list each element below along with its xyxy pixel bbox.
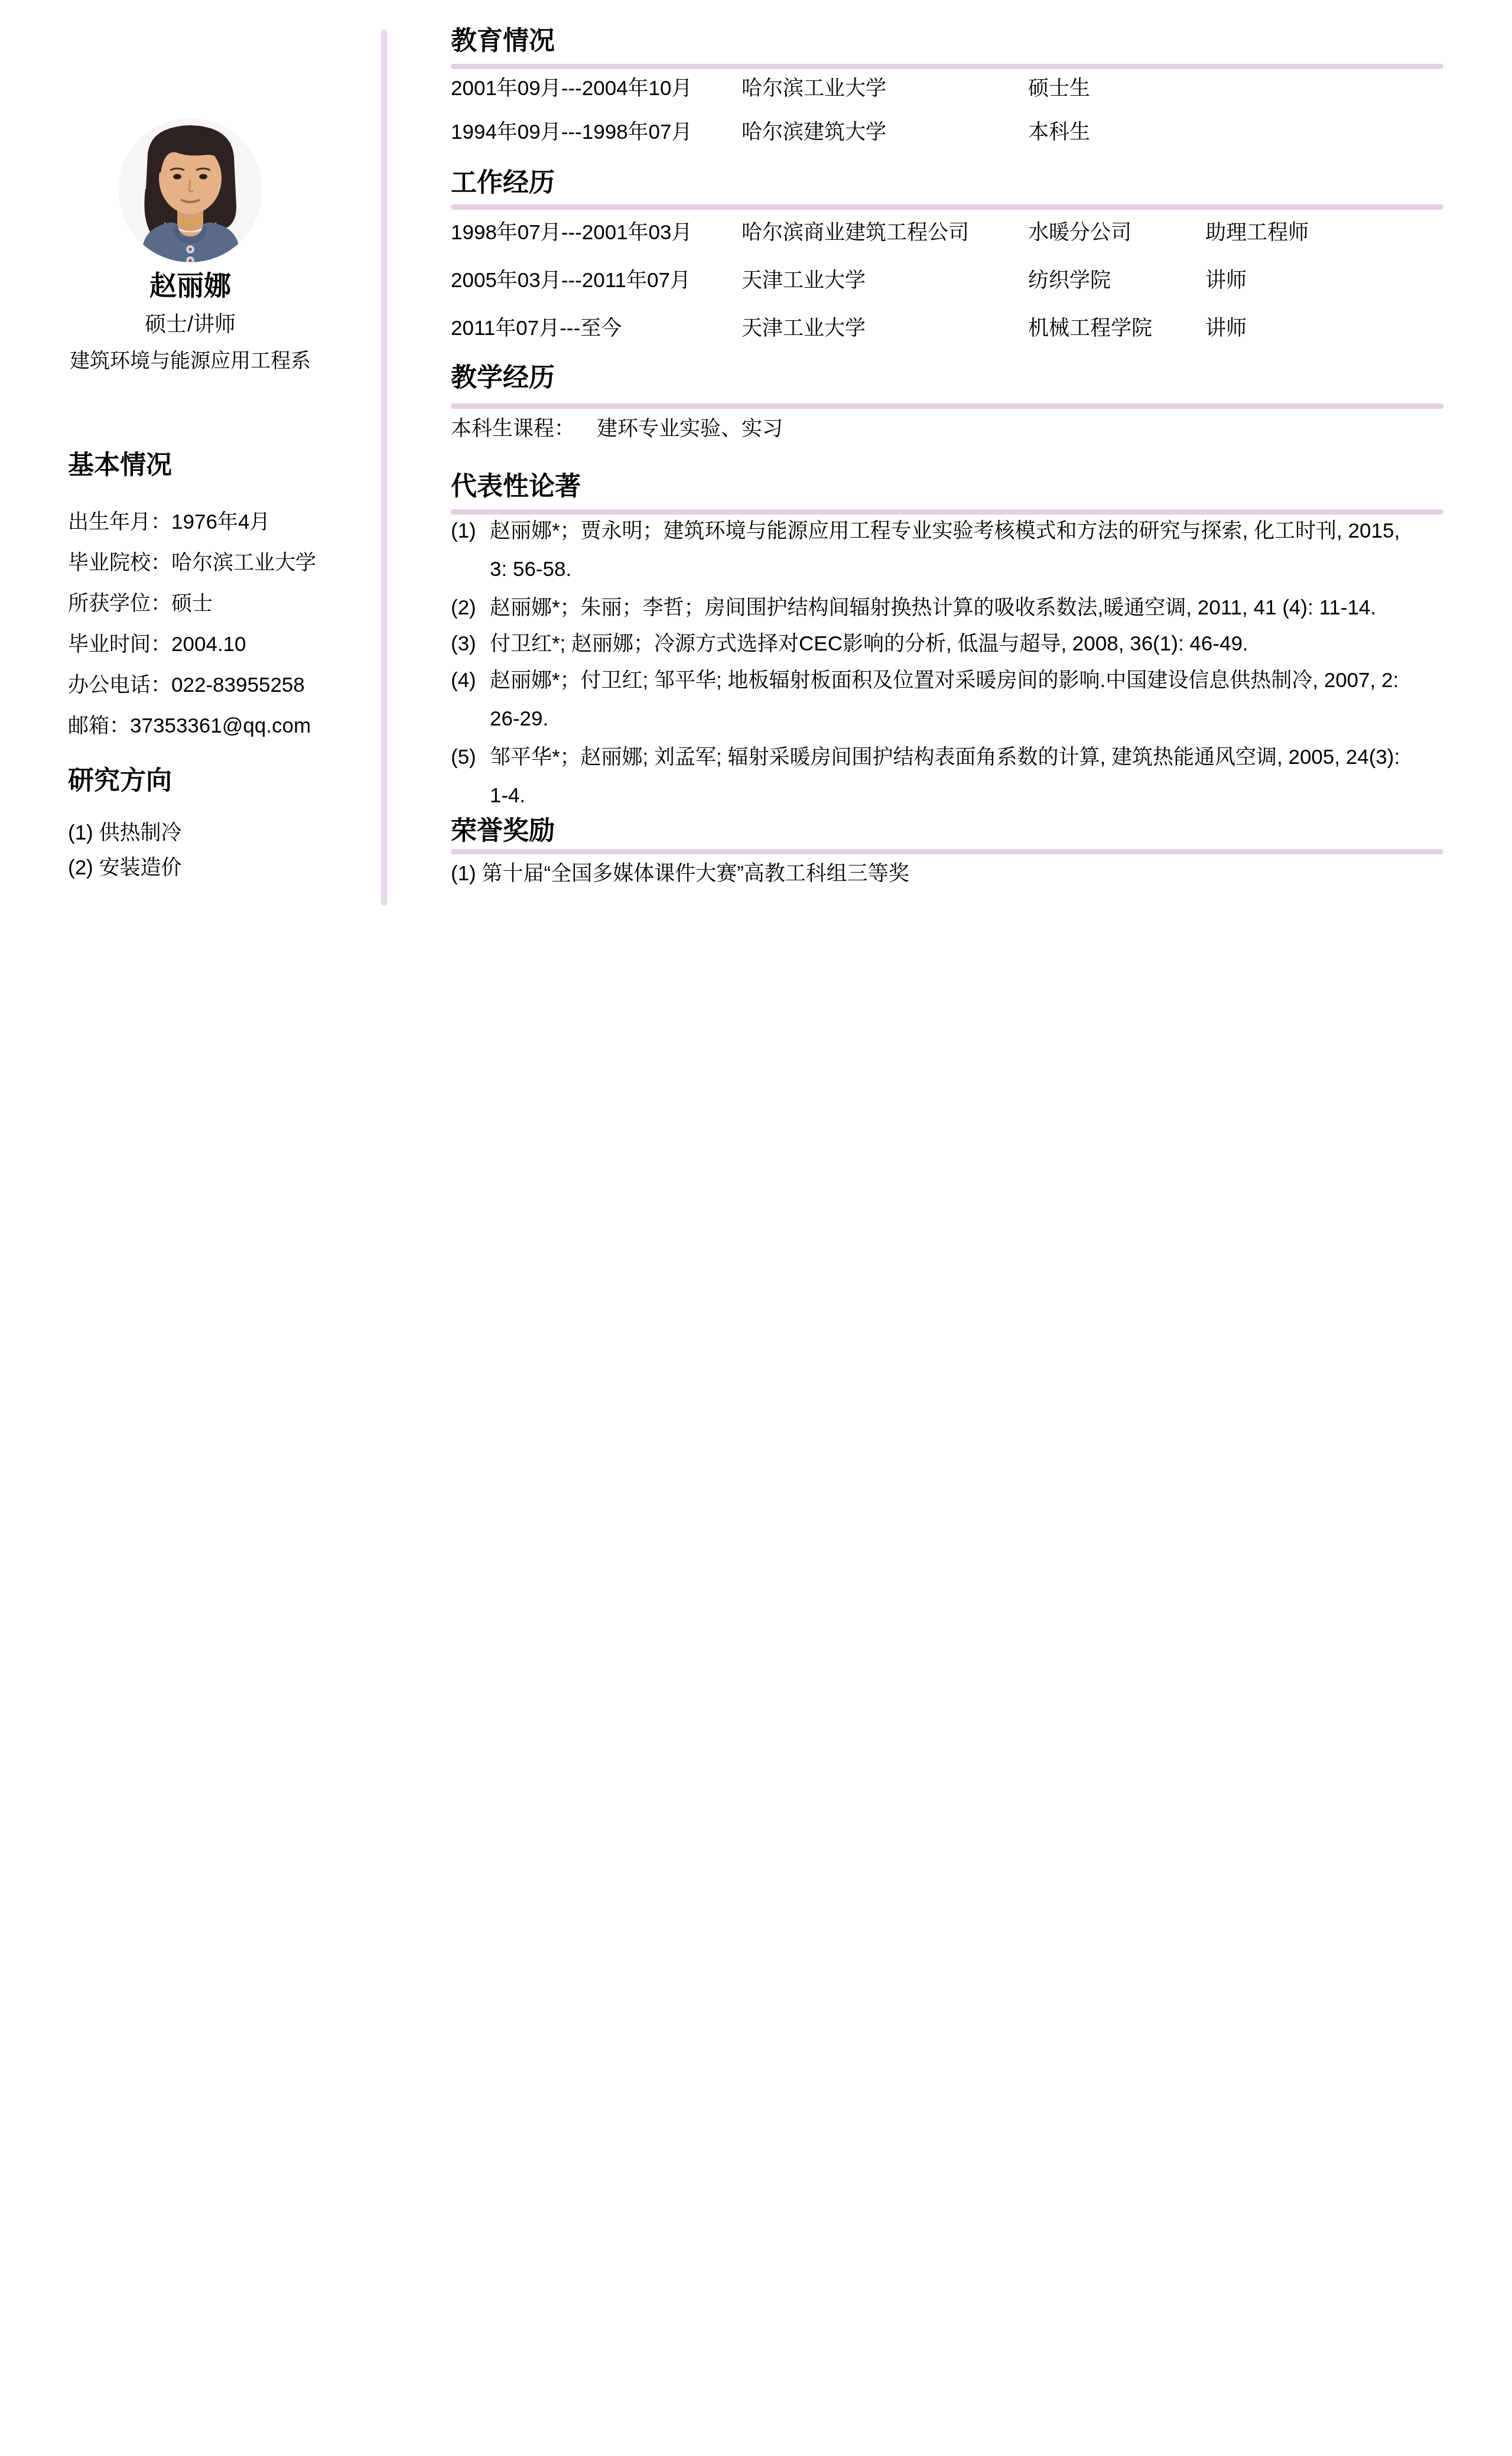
publication-line: 赵丽娜*；贾永明；建筑环境与能源应用工程专业实验考核模式和方法的研究与探索, 化…: [490, 521, 1400, 541]
honors-underline: [451, 849, 1443, 854]
publication-item: (2) 赵丽娜*；朱丽；李哲；房间围护结构间辐射换热计算的吸收系数法,暖通空调,…: [451, 597, 1376, 618]
teaching-heading: 教学经历: [451, 365, 555, 391]
research-item-num: (2): [68, 856, 93, 879]
work-org: 哈尔滨商业建筑工程公司: [742, 222, 969, 243]
publication-line: 赵丽娜*；付卫红; 邹平华; 地板辐射板面积及位置对采暖房间的影响.中国建设信息…: [490, 670, 1399, 691]
edu-role: 硕士生: [1028, 78, 1090, 99]
work-title: 讲师: [1205, 270, 1247, 291]
honor-text: 第十届“全国多媒体课件大赛”高教工科组三等奖: [482, 862, 909, 885]
publication-num: (3): [451, 633, 476, 654]
honor-item: (1) 第十届“全国多媒体课件大赛”高教工科组三等奖: [451, 863, 909, 884]
publication-line: 26-29.: [490, 708, 1399, 729]
info-row-birth: 出生年月：1976年4月: [68, 512, 270, 532]
info-value: 37353361@qq.com: [130, 714, 311, 737]
publication-num: (2): [451, 597, 476, 618]
work-period: 2011年07月---至今: [451, 318, 622, 339]
publication-line: 付卫红*; 赵丽娜；冷源方式选择对CEC影响的分析, 低温与超导, 2008, …: [490, 633, 1248, 654]
publications-heading: 代表性论著: [451, 474, 581, 500]
work-title: 讲师: [1205, 318, 1247, 339]
work-org: 天津工业大学: [742, 318, 866, 339]
publication-item: (3) 付卫红*; 赵丽娜；冷源方式选择对CEC影响的分析, 低温与超导, 20…: [451, 633, 1248, 654]
work-underline: [451, 204, 1443, 210]
work-org: 天津工业大学: [742, 270, 866, 291]
person-name: 赵丽娜: [35, 272, 345, 299]
info-label: 毕业院校：: [68, 551, 171, 574]
info-label: 所获学位：: [68, 592, 171, 615]
honor-num: (1): [451, 862, 476, 885]
publication-line: 1-4.: [490, 785, 1400, 806]
work-heading: 工作经历: [451, 170, 555, 196]
publications-underline: [451, 509, 1443, 515]
publication-item: (1) 赵丽娜*；贾永明；建筑环境与能源应用工程专业实验考核模式和方法的研究与探…: [451, 521, 1400, 580]
publication-line: 赵丽娜*；朱丽；李哲；房间围护结构间辐射换热计算的吸收系数法,暖通空调, 201…: [490, 597, 1376, 618]
education-heading: 教育情况: [451, 28, 555, 54]
person-department: 建筑环境与能源应用工程系: [35, 351, 345, 371]
work-period: 1998年07月---2001年03月: [451, 222, 692, 243]
profile-photo: [118, 118, 262, 262]
research-item-num: (1): [68, 821, 93, 844]
edu-role: 本科生: [1028, 122, 1090, 142]
info-label: 出生年月：: [68, 510, 171, 534]
info-value: 022-83955258: [171, 674, 305, 697]
resume-page: 赵丽娜 硕士/讲师 建筑环境与能源应用工程系 基本情况 出生年月：1976年4月…: [0, 0, 1512, 2456]
research-item: (2) 安装造价: [68, 857, 182, 878]
info-row-email: 邮箱：37353361@qq.com: [68, 715, 311, 736]
education-underline: [451, 64, 1443, 69]
publication-num: (1): [451, 521, 476, 541]
info-value: 1976年4月: [171, 510, 270, 534]
info-row-grad-time: 毕业时间：2004.10: [68, 634, 246, 655]
research-heading: 研究方向: [68, 768, 172, 794]
research-item: (1) 供热制冷: [68, 822, 182, 843]
portrait-illustration: [118, 118, 262, 262]
publication-num: (4): [451, 670, 476, 691]
info-row-school: 毕业院校：哈尔滨工业大学: [68, 552, 316, 573]
info-label: 邮箱：: [68, 714, 130, 737]
work-period: 2005年03月---2011年07月: [451, 270, 691, 291]
edu-org: 哈尔滨建筑大学: [742, 122, 886, 142]
teaching-value: 建环专业实验、实习: [597, 418, 783, 439]
info-value: 硕士: [171, 592, 213, 615]
work-dept: 机械工程学院: [1028, 318, 1152, 339]
info-label: 毕业时间：: [68, 633, 171, 656]
teaching-label: 本科生课程：: [451, 418, 575, 439]
info-value: 2004.10: [171, 633, 246, 656]
sidebar-main-divider: [381, 30, 387, 906]
work-title: 助理工程师: [1205, 222, 1309, 243]
info-row-degree: 所获学位：硕士: [68, 593, 213, 614]
publication-line: 3: 56-58.: [490, 559, 1400, 580]
publication-item: (4) 赵丽娜*；付卫红; 邹平华; 地板辐射板面积及位置对采暖房间的影响.中国…: [451, 670, 1399, 729]
person-title: 硕士/讲师: [35, 314, 345, 335]
info-value: 哈尔滨工业大学: [171, 551, 316, 574]
edu-period: 1994年09月---1998年07月: [451, 122, 692, 142]
teaching-underline: [451, 404, 1443, 409]
work-dept: 纺织学院: [1028, 270, 1111, 291]
edu-org: 哈尔滨工业大学: [742, 78, 886, 99]
publication-item: (5) 邹平华*；赵丽娜; 刘孟军; 辐射采暖房间围护结构表面角系数的计算, 建…: [451, 747, 1400, 806]
work-dept: 水暖分公司: [1028, 222, 1131, 243]
honors-heading: 荣誉奖励: [451, 818, 555, 844]
basic-info-heading: 基本情况: [68, 453, 172, 479]
research-item-text: 供热制冷: [99, 821, 182, 844]
research-item-text: 安装造价: [99, 856, 182, 879]
publication-line: 邹平华*；赵丽娜; 刘孟军; 辐射采暖房间围护结构表面角系数的计算, 建筑热能通…: [490, 747, 1400, 767]
info-label: 办公电话：: [68, 674, 171, 697]
info-row-phone: 办公电话：022-83955258: [68, 675, 305, 695]
publication-num: (5): [451, 747, 476, 767]
edu-period: 2001年09月---2004年10月: [451, 78, 692, 99]
